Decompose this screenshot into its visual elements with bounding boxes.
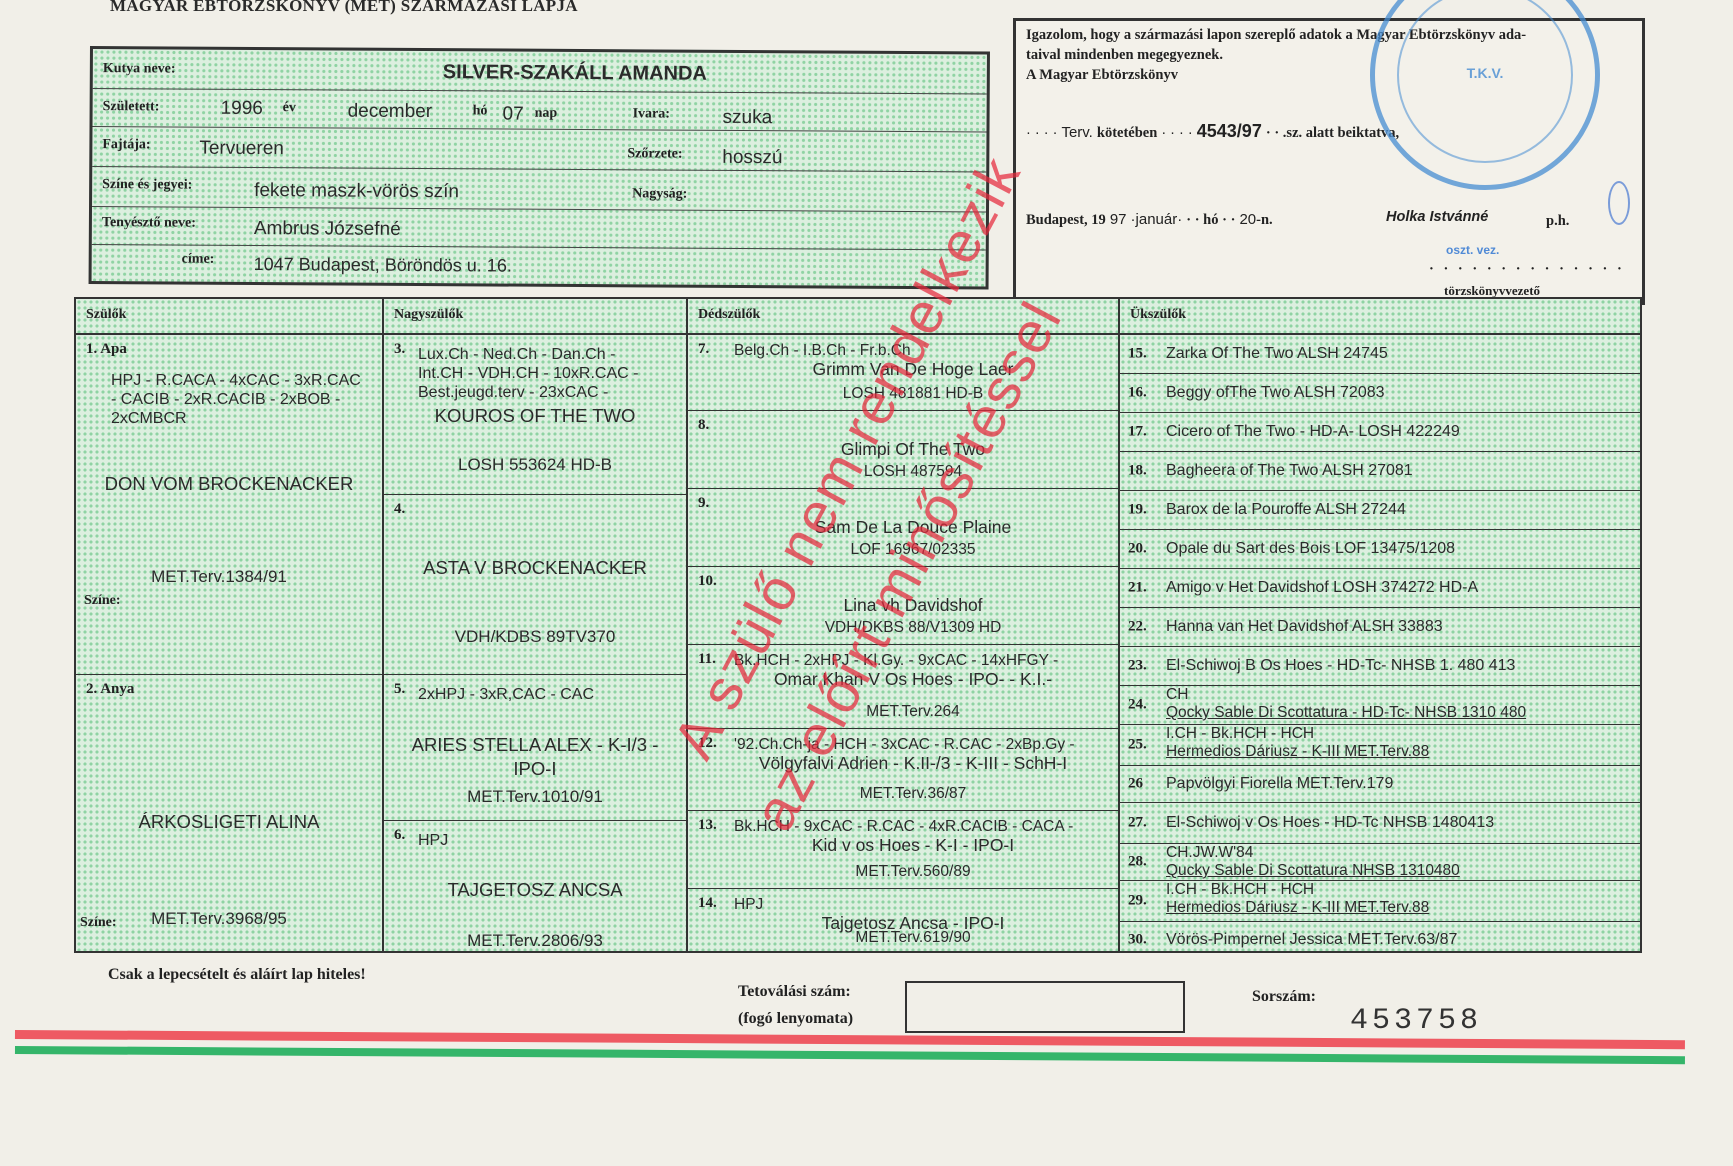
great-great-grandparent-16: 16.Beggy ofThe Two ALSH 72083	[1120, 374, 1640, 413]
ggg-num: 20.	[1128, 541, 1147, 558]
header-great-great-grandparents: Ükszülők	[1120, 299, 1640, 335]
stamp-text: T.K.V.	[1375, 65, 1595, 81]
tattoo-labels: Tetoválási szám: (fogó lenyomata)	[738, 978, 853, 1032]
coat-label: Szőrzete:	[627, 146, 682, 162]
parent-1-reg: MET.Terv.1384/91	[56, 567, 382, 587]
parent-1-title: - CACIB - 2xR.CACIB - 2xBOB -	[111, 390, 361, 409]
tattoo-box	[905, 981, 1185, 1033]
great-great-grandparent-30: 30.Vörös-Pimpernel Jessica MET.Terv.63/8…	[1120, 922, 1640, 957]
column-grandparents: Nagyszülők 3.Lux.Ch - Ned.Ch - Dan.Ch -I…	[382, 297, 688, 953]
ggg-num: 27.	[1128, 815, 1147, 832]
volume-dots-2: · · · ·	[1161, 125, 1192, 141]
column-great-great-grandparents: Ükszülők 15.Zarka Of The Two ALSH 247451…	[1118, 297, 1642, 953]
breed-label: Fajtája:	[102, 137, 150, 153]
great-grandparent-name: Kid v os Hoes - K-I - IPO-I	[688, 835, 1118, 856]
place-label: Budapest, 19	[1026, 212, 1106, 228]
grandparent-reg: MET.Terv.1010/91	[384, 787, 686, 807]
volume-label: kötetében	[1097, 125, 1157, 141]
great-great-grandparent-29: 29.I.CH - Bk.HCH - HCHHermedios Dáriusz …	[1120, 881, 1640, 922]
grandparent-num: 5.	[394, 681, 405, 698]
ggg-num: 19.	[1128, 502, 1147, 519]
cert-day-suffix: -n.	[1256, 212, 1273, 228]
green-stripe	[15, 1046, 1685, 1064]
ggg-line: Vörös-Pimpernel Jessica MET.Terv.63/87	[1166, 931, 1457, 949]
grandparent-6: 6.HPJTAJGETOSZ ANCSAMET.Terv.2806/93	[384, 821, 686, 955]
sex-label: Ivara:	[633, 106, 670, 122]
dog-info-box: Kutya neve: SILVER-SZAKÁLL AMANDA Szület…	[89, 46, 990, 289]
cert-text-line3: A Magyar Ebtörzskönyv	[1026, 67, 1178, 84]
parent-1-role: Apa	[100, 341, 127, 357]
address-row: címe: 1047 Budapest, Böröndös u. 16.	[92, 245, 986, 286]
month-label: hó	[473, 103, 488, 119]
ggg-num: 21.	[1128, 580, 1147, 597]
cert-text-line2: taival mindenben megegyeznek.	[1026, 47, 1223, 64]
handwritten-mark	[1608, 181, 1630, 225]
breed-value: Tervueren	[199, 138, 284, 161]
great-great-grandparent-17: 17.Cicero of The Two - HD-A- LOSH 422249	[1120, 413, 1640, 452]
dog-name: SILVER-SZAKÁLL AMANDA	[443, 61, 707, 86]
breed-row: Fajtája: Tervueren Szőrzete: hosszú	[92, 127, 986, 172]
ggg-line: I.CH - Bk.HCH - HCH	[1166, 725, 1314, 743]
ggg-num: 17.	[1128, 424, 1147, 441]
ggg-line: Qocky Sable Di Scottatura - HD-Tc- NHSB …	[1166, 704, 1526, 722]
ggg-line: Opale du Sart des Bois LOF 13475/1208	[1166, 540, 1455, 558]
great-great-grandparent-15: 15.Zarka Of The Two ALSH 24745	[1120, 335, 1640, 374]
parent-2-num: 2.	[86, 681, 97, 697]
great-grandparent-13: 13.Bk.HCH - 9xCAC - R.CAC - 4xR.CACIB - …	[688, 811, 1118, 889]
registrar-signature: Holka Istvánné	[1386, 209, 1488, 225]
size-label: Nagyság:	[632, 186, 687, 202]
great-grandparent-name: Glimpi Of The Two	[688, 439, 1118, 460]
grandparent-title: Int.CH - VDH.CH - 10xR.CAC -	[418, 364, 638, 383]
great-great-grandparent-22: 22.Hanna van Het Davidshof ALSH 33883	[1120, 608, 1640, 647]
grandparent-5: 5.2xHPJ - 3xR,CAC - CACARIES STELLA ALEX…	[384, 675, 686, 821]
ggg-line: I.CH - Bk.HCH - HCH	[1166, 881, 1314, 899]
great-grandparent-num: 8.	[698, 417, 709, 434]
cert-month-label: · · hó · ·	[1186, 212, 1235, 228]
great-grandparent-reg: MET.Terv.560/89	[688, 863, 1118, 881]
great-grandparent-14: 14.HPJTajgetosz Ancsa - IPO-IMET.Terv.61…	[688, 889, 1118, 955]
year-label: év	[283, 100, 296, 116]
cert-month: ·január·	[1131, 211, 1183, 228]
birth-row: Született: 1996 év december hó 07 nap Iv…	[93, 89, 987, 132]
grandparent-reg: MET.Terv.2806/93	[384, 931, 686, 951]
great-great-grandparent-18: 18.Bagheera of The Two ALSH 27081	[1120, 452, 1640, 491]
coat-value: hosszú	[722, 147, 782, 169]
ggg-num: 29.	[1128, 893, 1147, 910]
parent-2-role: Anya	[100, 681, 134, 697]
ggg-line: Beggy ofThe Two ALSH 72083	[1166, 384, 1385, 402]
great-great-grandparent-23: 23.El-Schiwoj B Os Hoes - HD-Tc- NHSB 1.…	[1120, 647, 1640, 686]
name-label: Kutya neve:	[103, 61, 176, 77]
great-grandparent-titles: HPJ	[734, 895, 763, 914]
great-grandparent-num: 13.	[698, 817, 717, 834]
ggg-num: 26	[1128, 776, 1143, 793]
grandparent-num: 4.	[394, 501, 405, 518]
document-title: MAGYAR EBTÖRZSKÖNYV (MET) SZÁRMAZÁSI LAP…	[110, 0, 578, 16]
grandparent-title: 2xHPJ - 3xR,CAC - CAC	[418, 685, 594, 704]
great-great-grandparent-19: 19.Barox de la Pouroffe ALSH 27244	[1120, 491, 1640, 530]
great-grandparent-num: 7.	[698, 341, 709, 358]
parent-1-title: 2xCMBCR	[111, 409, 361, 428]
name-row: Kutya neve: SILVER-SZAKÁLL AMANDA	[93, 49, 987, 94]
ggg-line: Hanna van Het Davidshof ALSH 33883	[1166, 618, 1443, 636]
grandparent-4: 4.ASTA V BROCKENACKERVDH/KDBS 89TV370	[384, 495, 686, 675]
cert-day: 20	[1239, 211, 1256, 228]
grandparent-reg: LOSH 553624 HD-B	[384, 455, 686, 475]
grandparent-name: ASTA V BROCKENACKER	[384, 557, 686, 579]
ggg-line: El-Schiwoj v Os Hoes - HD-Tc NHSB 148041…	[1166, 814, 1494, 832]
born-day: 07	[503, 104, 524, 126]
born-month: december	[348, 101, 433, 124]
great-great-grandparent-21: 21.Amigo v Het Davidshof LOSH 374272 HD-…	[1120, 569, 1640, 608]
great-grandparent-num: 14.	[698, 895, 717, 912]
serial-label: Sorszám:	[1252, 988, 1316, 1006]
great-grandparent-reg: MET.Terv.619/90	[688, 929, 1118, 947]
ggg-num: 15.	[1128, 346, 1147, 363]
ggg-num: 22.	[1128, 619, 1147, 636]
header-parents: Szülők	[76, 299, 382, 335]
stamp-inner-ring	[1397, 0, 1573, 163]
great-great-grandparent-20: 20.Opale du Sart des Bois LOF 13475/1208	[1120, 530, 1640, 569]
volume-dots: · · · ·	[1026, 125, 1057, 141]
ggg-num: 18.	[1128, 463, 1147, 480]
cert-year: 97	[1110, 211, 1127, 228]
great-grandparent-name: Völgyfalvi Adrien - K.II-/3 - K-III - Sc…	[688, 753, 1118, 774]
ggg-line: Barox de la Pouroffe ALSH 27244	[1166, 501, 1406, 519]
parent-2: 2. Anya ÁRKOSLIGETI ALINA MET.Terv.3968/…	[76, 675, 382, 955]
great-great-grandparent-25: 25.I.CH - Bk.HCH - HCHHermedios Dáriusz …	[1120, 725, 1640, 766]
grandparent-title: Lux.Ch - Ned.Ch - Dan.Ch -	[418, 345, 638, 364]
ggg-line: Papvölgyi Fiorella MET.Terv.179	[1166, 775, 1393, 793]
tattoo-sub-label: (fogó lenyomata)	[738, 1005, 853, 1032]
ggg-num: 16.	[1128, 385, 1147, 402]
ggg-line: CH.JW.W'84	[1166, 844, 1253, 862]
grandparent-num: 6.	[394, 827, 405, 844]
header-grandparents: Nagyszülők	[384, 299, 686, 335]
day-label: nap	[535, 106, 558, 122]
ggg-num: 30.	[1128, 931, 1147, 948]
authentic-note: Csak a lepecsételt és aláírt lap hiteles…	[108, 966, 366, 984]
ggg-line: Cicero of The Two - HD-A- LOSH 422249	[1166, 423, 1460, 441]
color-label: Színe és jegyei:	[102, 177, 192, 194]
grandparent-name: ARIES STELLA ALEX - K-I/3 - IPO-I	[384, 733, 686, 781]
born-year: 1996	[221, 98, 263, 120]
ggg-line: Amigo v Het Davidshof LOSH 374272 HD-A	[1166, 579, 1478, 597]
grandparent-3: 3.Lux.Ch - Ned.Ch - Dan.Ch -Int.CH - VDH…	[384, 335, 686, 495]
ggg-line: Hermedios Dáriusz - K-III MET.Terv.88	[1166, 743, 1429, 761]
grandparent-name: TAJGETOSZ ANCSA	[384, 879, 686, 901]
breeder-row: Tenyésztő neve: Ambrus Józsefné	[92, 207, 986, 250]
address-value: 1047 Budapest, Böröndös u. 16.	[254, 254, 512, 277]
parent-2-name: ÁRKOSLIGETI ALINA	[76, 811, 382, 833]
parent-1-color-label: Színe:	[84, 593, 121, 609]
ggg-num: 24.	[1128, 697, 1147, 714]
great-grandparent-num: 9.	[698, 495, 709, 512]
color-row: Színe és jegyei: fekete maszk-vörös szín…	[92, 167, 986, 212]
signature-subtitle: oszt. vez.	[1446, 243, 1499, 257]
signature-dots: · · · · · · · · · · · · · ·	[1429, 261, 1625, 278]
address-label: címe:	[182, 252, 215, 268]
great-grandparent-reg: LOSH 487594	[688, 463, 1118, 481]
great-great-grandparent-24: 24.CHQocky Sable Di Scottatura - HD-Tc- …	[1120, 686, 1640, 725]
sex-value: szuka	[723, 107, 773, 129]
volume-value: Terv.	[1061, 124, 1092, 141]
ggg-line: Bagheera of The Two ALSH 27081	[1166, 462, 1413, 480]
ggg-num: 25.	[1128, 737, 1147, 754]
great-great-grandparent-28: 28.CH.JW.W'84Qucky Sable Di Scottatura N…	[1120, 844, 1640, 881]
registration-number: 4543/97	[1197, 121, 1262, 141]
serial-number: 453758	[1350, 1004, 1482, 1038]
ggg-line: Zarka Of The Two ALSH 24745	[1166, 345, 1388, 363]
tattoo-label: Tetoválási szám:	[738, 978, 853, 1005]
ph-label: p.h.	[1546, 213, 1569, 230]
ggg-line: El-Schiwoj B Os Hoes - HD-Tc- NHSB 1. 48…	[1166, 657, 1515, 675]
grandparent-name: KOUROS OF THE TWO	[384, 405, 686, 427]
born-label: Született:	[103, 99, 160, 115]
grandparent-title: HPJ	[418, 831, 448, 850]
breeder-label: Tenyésztő neve:	[102, 215, 196, 232]
great-great-grandparent-26: 26Papvölgyi Fiorella MET.Terv.179	[1120, 766, 1640, 803]
parent-2-color-label: Színe:	[80, 915, 117, 931]
ggg-num: 28.	[1128, 854, 1147, 871]
great-great-grandparent-27: 27.El-Schiwoj v Os Hoes - HD-Tc NHSB 148…	[1120, 803, 1640, 844]
parent-1-name: DON VOM BROCKENACKER	[76, 473, 382, 495]
grandparent-num: 3.	[394, 341, 405, 358]
great-grandparent-num: 10.	[698, 573, 717, 590]
grandparent-reg: VDH/KDBS 89TV370	[384, 627, 686, 647]
parent-1-num: 1.	[86, 341, 97, 357]
registration-suffix: · · .sz. alatt beiktatva,	[1266, 125, 1399, 141]
ggg-line: Hermedios Dáriusz - K-III MET.Terv.88	[1166, 899, 1429, 917]
breeder-value: Ambrus Józsefné	[254, 218, 401, 241]
column-parents: Szülők 1. Apa HPJ - R.CACA - 4xCAC - 3xR…	[74, 297, 384, 953]
parent-1-title: HPJ - R.CACA - 4xCAC - 3xR.CAC	[111, 371, 361, 390]
parent-1: 1. Apa HPJ - R.CACA - 4xCAC - 3xR.CAC - …	[76, 335, 382, 675]
color-value: fekete maszk-vörös szín	[254, 180, 459, 203]
ggg-line: CH	[1166, 686, 1188, 704]
ggg-num: 23.	[1128, 658, 1147, 675]
grandparent-title: Best.jeugd.terv - 23xCAC -	[418, 383, 638, 402]
ggg-line: Qucky Sable Di Scottatura NHSB 1310480	[1166, 862, 1460, 880]
